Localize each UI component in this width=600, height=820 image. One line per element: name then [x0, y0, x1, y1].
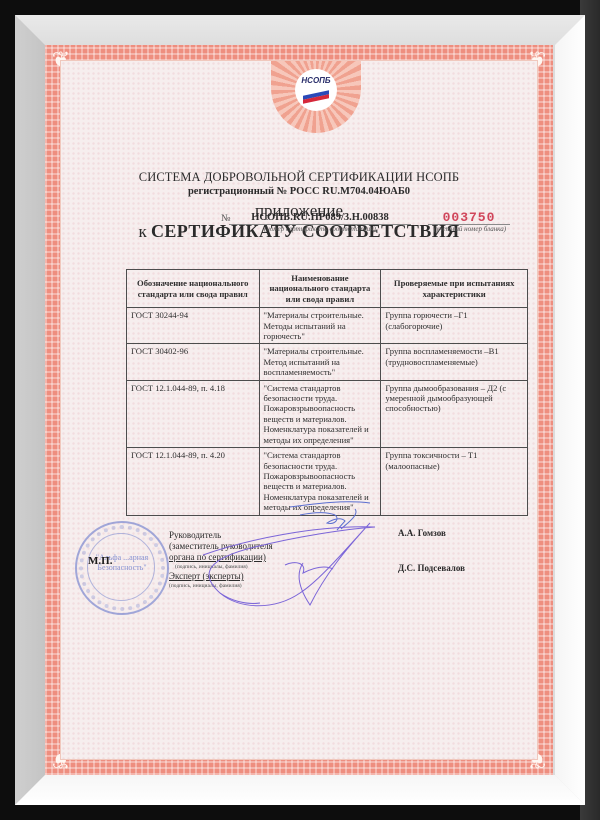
seal-place-label: М.П. [88, 555, 112, 567]
expert-signature-caption: (подпись, инициалы, фамилия) [169, 582, 273, 590]
certificate-number: НСОПБ.RU.ПР089/3.Н.00838 [229, 212, 411, 223]
expert-title: Эксперт (эксперты) [169, 571, 273, 582]
table-row: ГОСТ 30244-94 "Материалы строительные. М… [127, 308, 528, 344]
characteristic: Группа горючести –Г1 (слабогорючие) [381, 308, 528, 344]
table-row: ГОСТ 30402-96 "Материалы строительные. М… [127, 344, 528, 380]
standards-table: Обозначение национального стандарта или … [126, 269, 528, 516]
characteristic: Группа токсичности – Т1 (малоопасные) [381, 448, 528, 515]
system-title: СИСТЕМА ДОБРОВОЛЬНОЙ СЕРТИФИКАЦИИ НСОПБ [61, 170, 537, 185]
registration-number: регистрационный № РОСС RU.М704.04ЮАБ0 [61, 186, 537, 197]
head-signature-caption: (подпись, инициалы, фамилия) [169, 563, 273, 571]
standard-name: "Система стандартов безопасности труда. … [259, 380, 381, 447]
head-name: А.А. Гомзов [398, 528, 446, 538]
head-title-line2: (заместитель руководителя [169, 541, 273, 552]
mat-bevel-left [15, 15, 45, 805]
certificate-number-caption: (номер сертификата соответствия) [229, 225, 411, 233]
certificate-title-prefix: к [138, 222, 151, 241]
certificate-document: ❦ ❦ ❦ ❦ НСОПБ СИСТЕМА ДОБРОВОЛЬНОЙ СЕРТИ… [45, 45, 553, 775]
head-title-line3: органа по сертификации) [169, 552, 273, 563]
table-row: ГОСТ 12.1.044-89, п. 4.20 "Система станд… [127, 448, 528, 515]
standard-code: ГОСТ 30244-94 [127, 308, 260, 344]
nsopb-crest-logo: НСОПБ [271, 61, 361, 133]
characteristic: Группа воспламеняемости –В1 (трудновоспл… [381, 344, 528, 380]
standard-name: "Система стандартов безопасности труда. … [259, 448, 381, 515]
official-stamp: "Альфа ...арная Безопасность" [75, 521, 169, 615]
standard-code: ГОСТ 12.1.044-89, п. 4.18 [127, 380, 260, 447]
certificate-body: НСОПБ СИСТЕМА ДОБРОВОЛЬНОЙ СЕРТИФИКАЦИИ … [60, 60, 538, 760]
standard-code: ГОСТ 12.1.044-89, п. 4.20 [127, 448, 260, 515]
expert-name: Д.С. Подсевалов [398, 563, 465, 573]
standard-code: ГОСТ 30402-96 [127, 344, 260, 380]
characteristic: Группа дымообразования – Д2 (с умеренной… [381, 380, 528, 447]
mat-bevel-top [15, 15, 585, 45]
blank-number: 003750 [428, 210, 510, 225]
table-row: ГОСТ 12.1.044-89, п. 4.18 "Система станд… [127, 380, 528, 447]
header-standard-code: Обозначение национального стандарта или … [127, 270, 260, 308]
table-header-row: Обозначение национального стандарта или … [127, 270, 528, 308]
mat-bevel-bottom [15, 775, 585, 805]
header-characteristics: Проверяемые при испытаниях характеристик… [381, 270, 528, 308]
standard-name: "Материалы строительные. Метод испытаний… [259, 344, 381, 380]
crest-label: НСОПБ [295, 76, 337, 85]
signatory-roles: Руководитель (заместитель руководителя о… [169, 530, 273, 590]
blank-number-caption: (учетный номер бланка) [425, 225, 515, 233]
standard-name: "Материалы строительные. Методы испытани… [259, 308, 381, 344]
header-standard-name: Наименование национального стандарта или… [259, 270, 381, 308]
head-title-line1: Руководитель [169, 530, 273, 541]
mat-bevel-right [555, 15, 585, 805]
